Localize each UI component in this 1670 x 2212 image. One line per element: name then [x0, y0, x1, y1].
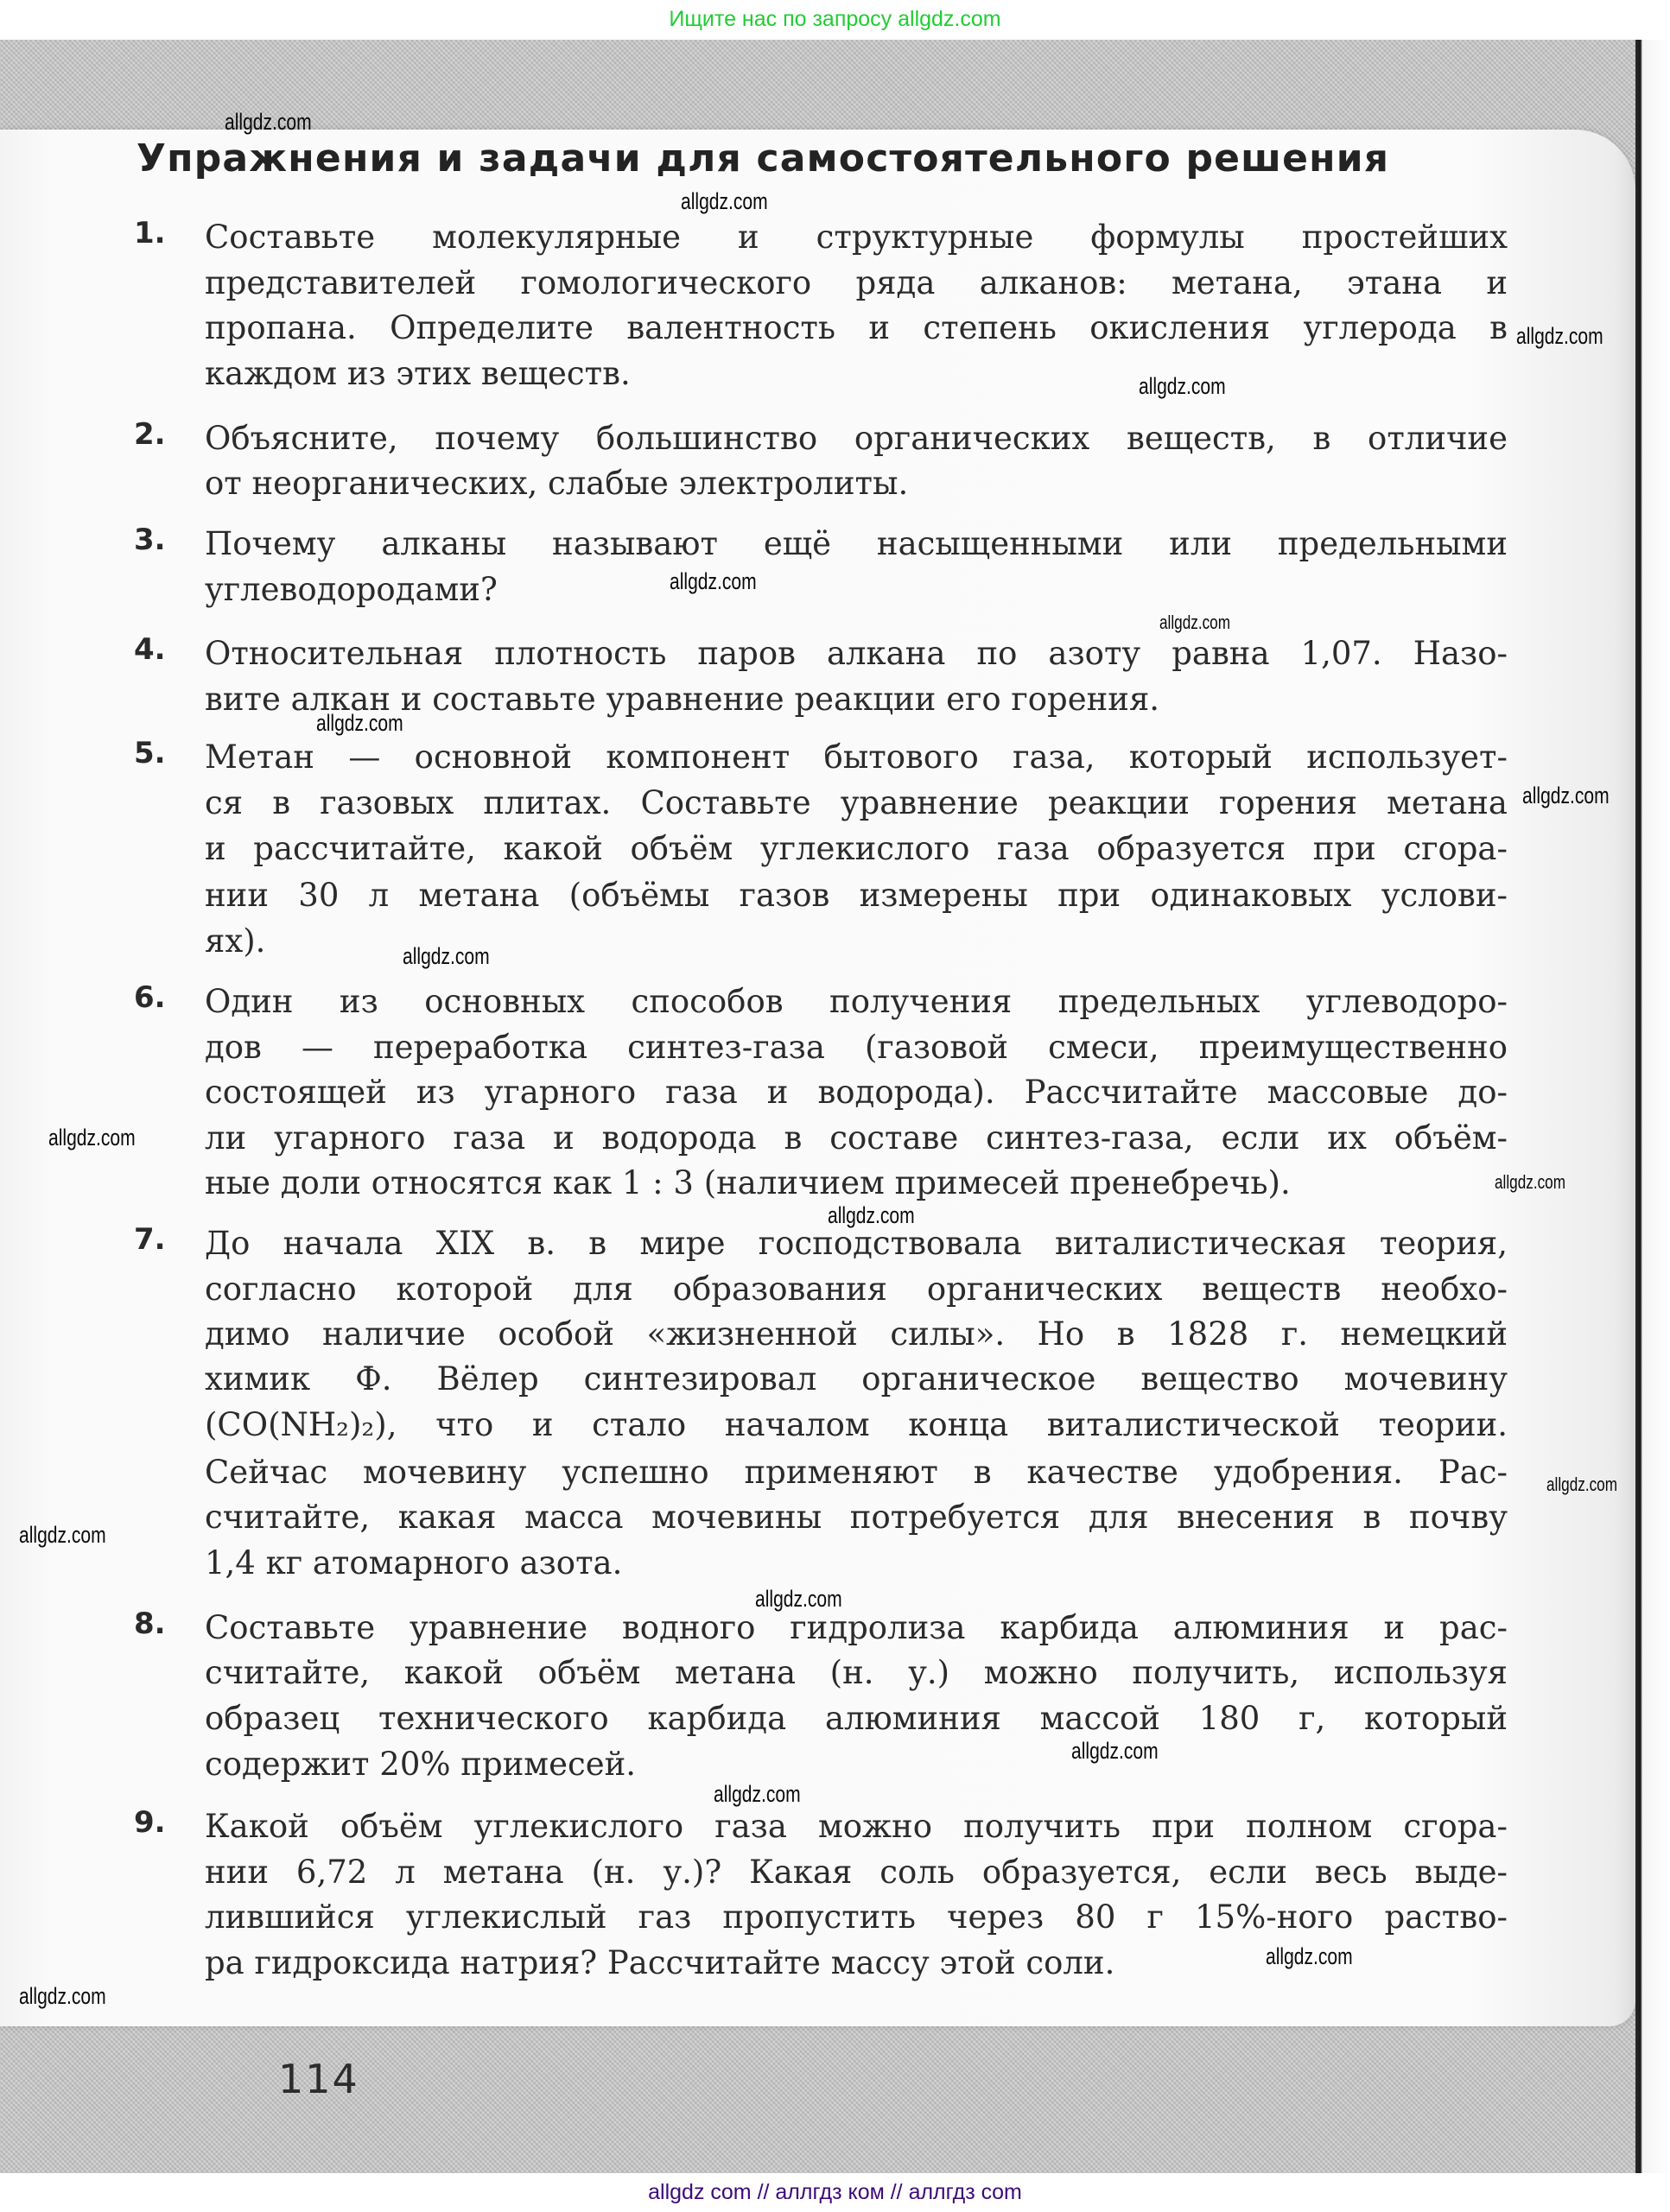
watermark-text: allgdz.com: [1546, 1474, 1617, 1496]
item-9-line: лившийся углекислый газ пропустить через…: [205, 1897, 1508, 1938]
item-7-line: 1,4 кг атомарного азота.: [205, 1543, 1508, 1584]
item-9-line: Какой объём углекислого газа можно получ…: [205, 1806, 1508, 1848]
item-number: 1.: [134, 216, 166, 250]
book-spine-edge: [1635, 40, 1670, 2173]
item-5-line: ся в газовых плитах. Составьте уравнение…: [205, 783, 1508, 824]
item-7-line: химик Ф. Вёлер синтезировал органическое…: [205, 1359, 1508, 1400]
bottom-watermark-banner: allgdz com // аллгдз ком // аллгдз com: [0, 2173, 1670, 2212]
watermark-text: allgdz.com: [1159, 612, 1230, 634]
item-7-line: согласно которой для образования органич…: [205, 1269, 1508, 1310]
item-1-line: представителей гомологического ряда алка…: [205, 263, 1508, 304]
item-7-line: Сейчас мочевину успешно применяют в каче…: [205, 1452, 1508, 1493]
item-2-line: Объясните, почему большинство органическ…: [205, 418, 1508, 460]
watermark-text: allgdz.com: [1516, 323, 1603, 350]
item-number: 9.: [134, 1805, 166, 1840]
watermark-text: allgdz.com: [714, 1781, 801, 1808]
item-number: 8.: [134, 1607, 166, 1641]
item-7-line: До начала XIX в. в мире господствовала в…: [205, 1223, 1508, 1264]
item-5-line: ях).: [205, 921, 1508, 962]
item-8-line: Составьте уравнение водного гидролиза ка…: [205, 1607, 1508, 1649]
watermark-text: allgdz.com: [1071, 1738, 1159, 1765]
watermark-text: allgdz.com: [19, 1983, 106, 2010]
page-number: 114: [278, 2056, 359, 2102]
item-1-line: Составьте молекулярные и структурные фор…: [205, 217, 1508, 258]
item-6-line: ли угарного газа и водорода в составе си…: [205, 1118, 1508, 1159]
item-number: 4.: [134, 632, 166, 667]
item-4-line: Относительная плотность паров алкана по …: [205, 633, 1508, 675]
watermark-text: allgdz.com: [828, 1202, 915, 1229]
item-number: 6.: [134, 980, 166, 1015]
item-5-line: Метан — основной компонент бытового газа…: [205, 737, 1508, 778]
item-5-line: и рассчитайте, какой объём углекислого г…: [205, 828, 1508, 870]
item-number: 5.: [134, 736, 166, 770]
item-6-line: Один из основных способов получения пред…: [205, 981, 1508, 1023]
item-number: 3.: [134, 523, 166, 557]
item-9-line: нии 6,72 л метана (н. у.)? Какая соль об…: [205, 1852, 1508, 1893]
watermark-text: allgdz.com: [670, 568, 757, 595]
item-number: 7.: [134, 1222, 166, 1257]
item-6-line: состоящей из угарного газа и водорода). …: [205, 1072, 1508, 1113]
watermark-text: allgdz.com: [681, 188, 768, 215]
item-1-line: пропана. Определите валентность и степен…: [205, 307, 1508, 349]
item-2-line: от неорганических, слабые электролиты.: [205, 463, 1508, 504]
item-8-line: считайте, какой объём метана (н. у.) мож…: [205, 1652, 1508, 1694]
watermark-text: allgdz.com: [1522, 783, 1610, 809]
watermark-text: allgdz.com: [19, 1522, 106, 1549]
item-5-line: нии 30 л метана (объёмы газов измерены п…: [205, 875, 1508, 916]
watermark-text: allgdz.com: [316, 710, 403, 737]
item-6-line: ные доли относятся как 1 : 3 (наличием п…: [205, 1163, 1508, 1204]
watermark-text: allgdz.com: [403, 943, 490, 970]
watermark-text: allgdz.com: [1139, 373, 1226, 400]
item-1-line: каждом из этих веществ.: [205, 353, 1508, 395]
watermark-text: allgdz.com: [1495, 1171, 1565, 1194]
watermark-text: allgdz.com: [48, 1125, 136, 1151]
item-7-line: димо наличие особой «жизненной силы». Но…: [205, 1314, 1508, 1355]
item-3-line: Почему алканы называют ещё насыщенными и…: [205, 523, 1508, 565]
item-8-line: образец технического карбида алюминия ма…: [205, 1698, 1508, 1740]
watermark-text: allgdz.com: [755, 1586, 842, 1613]
item-number: 2.: [134, 417, 166, 452]
item-8-line: содержит 20% примесей.: [205, 1744, 1508, 1785]
item-3-line: углеводородами?: [205, 569, 1508, 611]
item-7-line: считайте, какая масса мочевины потребует…: [205, 1497, 1508, 1538]
item-6-line: дов — переработка синтез-газа (газовой с…: [205, 1027, 1508, 1068]
watermark-text: allgdz.com: [1266, 1943, 1353, 1970]
item-7-line: (CO(NH₂)₂), что и стало началом конца ви…: [205, 1404, 1508, 1446]
top-watermark-banner: Ищите нас по запросу allgdz.com: [0, 0, 1670, 40]
watermark-text: allgdz.com: [225, 109, 312, 136]
section-title: Упражнения и задачи для самостоятельного…: [137, 136, 1389, 181]
